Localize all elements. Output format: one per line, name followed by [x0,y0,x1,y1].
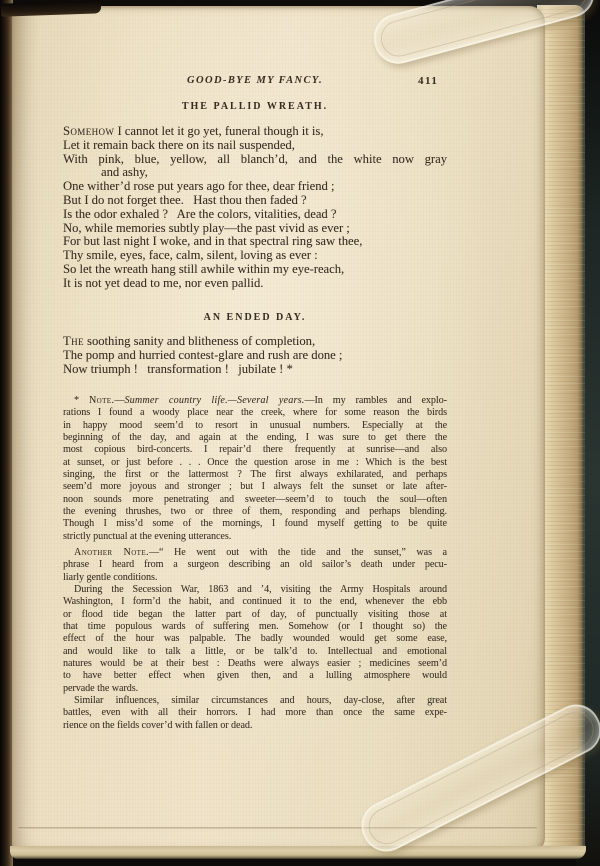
footnote-line: Washington, I form’d the habit, and cont… [63,596,447,608]
footnote-line: liarly gentle conditions. [63,572,447,584]
poem-line: No, while memories subtly play—the past … [63,222,447,236]
poem-title-an-ended-day: AN ENDED DAY. [63,312,447,323]
footnote-line: and would like to talk a little, or be t… [63,646,447,658]
poem-line: For but last night I woke, and in that s… [63,235,447,249]
poem-line: Is the odor exhaled ? Are the colors, vi… [63,208,447,222]
footnote-line: or flood tide began the latter part of d… [63,609,447,621]
footnote-line: strictly punctual at the evening utteran… [63,531,447,543]
footnote-asterisk: * [74,395,89,406]
poem-line: So let the wreath hang still awhile with… [63,263,447,277]
footnote-dash: — [114,395,124,406]
footnote-line: Another Note.—“ He went out with the tid… [63,547,447,559]
footnote-line: at sunset, or just before . . . Once the… [63,457,447,469]
poem-line: and ashy, [63,166,447,180]
poem-the-pallid-wreath: Somehow I cannot let it go yet, funeral … [63,125,447,291]
poem-opening-word: The [63,334,84,348]
footnote-line: battles, even with all their horrors. I … [63,707,447,719]
book-scan: 411 GOOD-BYE MY FANCY. THE PALLID WREATH… [0,0,600,866]
poem-line: The pomp and hurried contest-glare and r… [63,349,447,363]
poem-line: Somehow I cannot let it go yet, funeral … [63,125,447,139]
book-bottom-edge [10,846,586,859]
footnote-line: seem’d more joyous and stronger ; but I … [63,481,447,493]
poem-line: Thy smile, eyes, face, calm, silent, lov… [63,249,447,263]
poem-opening-word: Somehow [63,124,114,138]
poem-line: Let it remain back there on its nail sus… [63,139,447,153]
poem-line: It is not yet dead to me, nor even palli… [63,277,447,291]
poem-an-ended-day: The soothing sanity and blitheness of co… [63,335,447,376]
footnote-line: in happy mood seem’d to resort in unusua… [63,420,447,432]
text-column: GOOD-BYE MY FANCY. THE PALLID WREATH. So… [63,6,447,852]
running-header: GOOD-BYE MY FANCY. [63,75,447,86]
footnote-line-text: —In my rambles and explo- [304,395,447,406]
book-page: 411 GOOD-BYE MY FANCY. THE PALLID WREATH… [12,6,545,852]
footnote-label: Note. [89,395,114,406]
footnote-line: noon sounds more penetrating and sweeter… [63,494,447,506]
footnote-summer-country-life: * Note.—Summer country life.—Several yea… [63,395,447,543]
poem-line-text: I cannot let it go yet, funeral though i… [114,124,323,138]
footnote-another-note: Another Note.—“ He went out with the tid… [63,547,447,732]
poem-line: The soothing sanity and blitheness of co… [63,335,447,349]
footnote-line: that time populous wards of suffering me… [63,621,447,633]
footnote-italic-title: Summer country life.—Several years. [124,395,304,406]
footnote-line: singing, the first or the lattermost ? T… [63,469,447,481]
footnote-line: rations I found a woody place near the c… [63,407,447,419]
footnote-label: Another Note. [74,547,149,558]
footnote-line: Similar influences, similar circumstance… [63,695,447,707]
footnote-line: effect of the hour was palpable. The bad… [63,633,447,645]
poem-line: One wither’d rose put years ago for thee… [63,180,447,194]
poem-title-the-pallid-wreath: THE PALLID WREATH. [63,101,447,112]
footnote-line: most copious bird-concerts. I repair’d t… [63,444,447,456]
poem-line-text: soothing sanity and blitheness of comple… [84,334,315,348]
footnote-line: the evening thrushes, two or three of th… [63,506,447,518]
footnote-line: to have better effect when given then, a… [63,670,447,682]
footnote-line: Though I miss’d some of the mornings, I … [63,518,447,530]
footnote-line: rience on the fields cover’d with fallen… [63,720,447,732]
poem-line: With pink, blue, yellow, all blanch’d, a… [63,153,447,167]
footnote-line-text: —“ He went out with the tide and the sun… [149,547,447,558]
footnote-line: During the Secession War, 1863 and ’4, v… [63,584,447,596]
poem-line: But I do not forget thee. Hast thou then… [63,194,447,208]
footnote-line: beginning of the day, and again at the e… [63,432,447,444]
footnote-line: natures would be at their best : Deaths … [63,658,447,670]
footnote-line: pervade the wards. [63,683,447,695]
footnote-line: phrase I heard from a surgeon describing… [63,559,447,571]
poem-line: Now triumph ! transformation ! jubilate … [63,363,447,377]
footnote-line: * Note.—Summer country life.—Several yea… [63,395,447,407]
